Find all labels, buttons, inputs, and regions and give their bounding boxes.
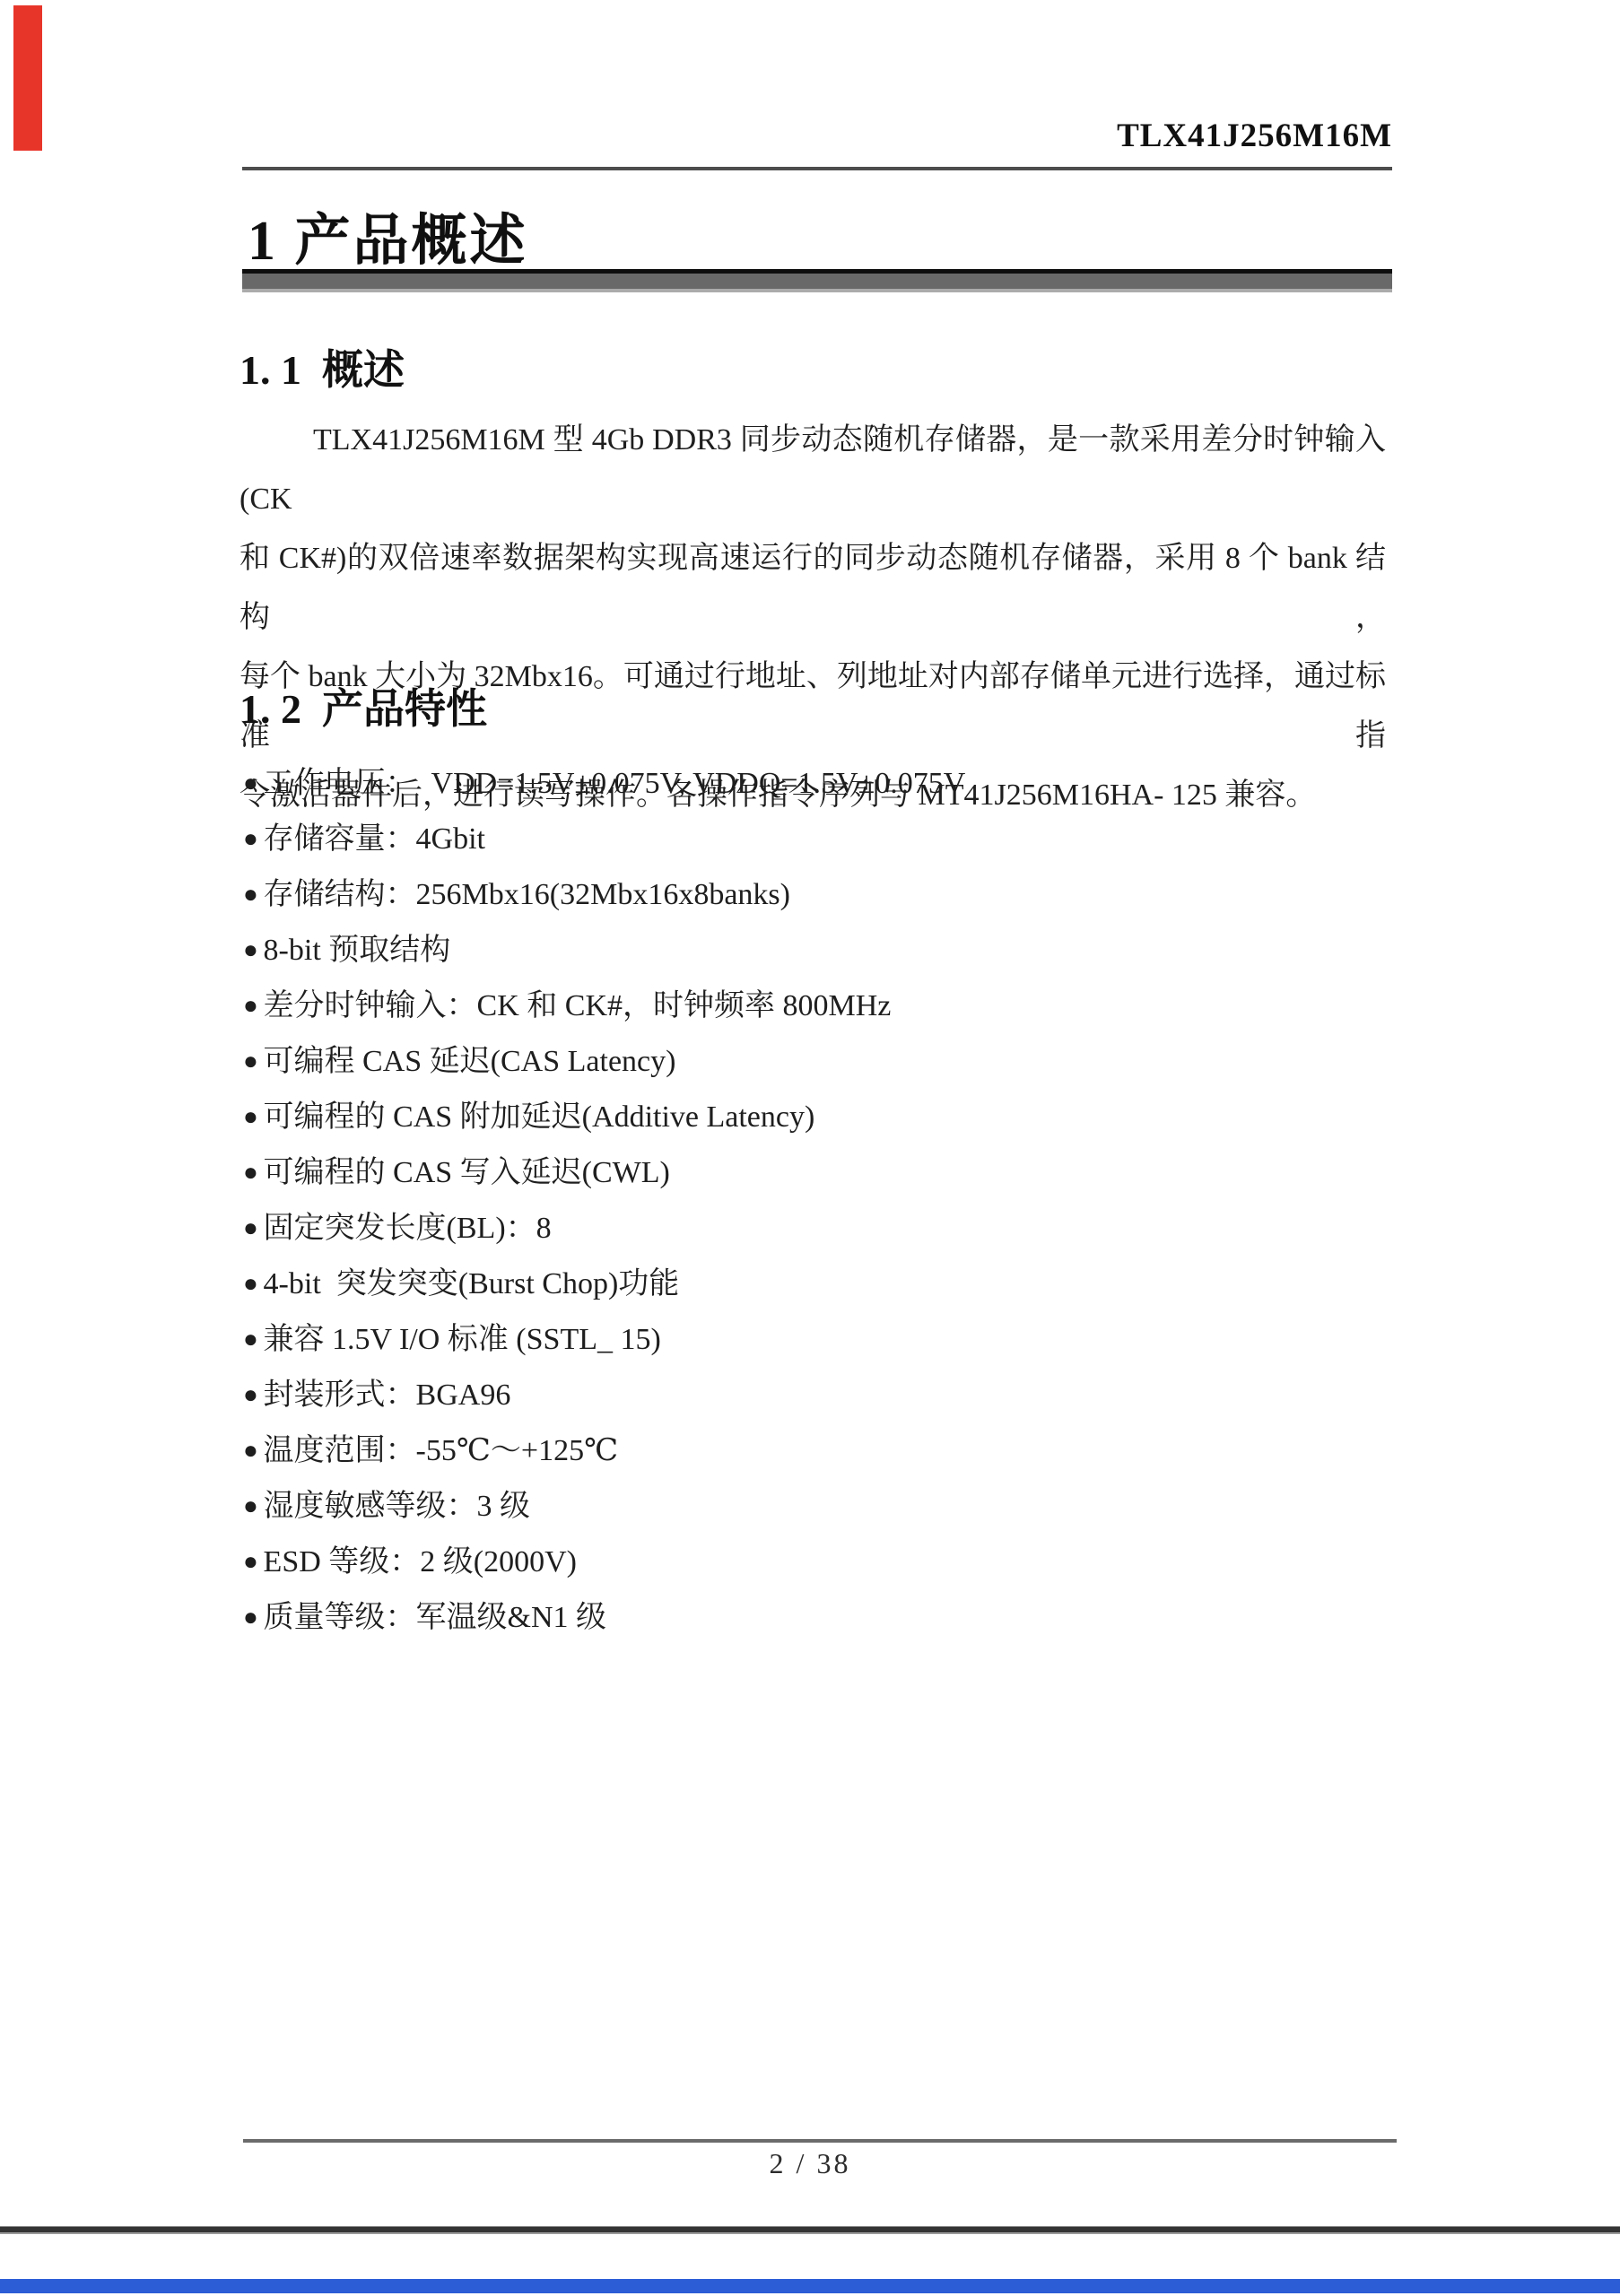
bullet-icon: ● [243,984,258,1030]
header-rule [242,167,1392,170]
feature-item: ●工作电压： VDD=1.5V±0.075V, VDDQ=1.5V±0.075V [243,756,1393,812]
bullet-icon: ● [243,1484,258,1530]
bottom-blue-bar [0,2279,1620,2293]
feature-item: ●固定突发长度(BL)：8 [243,1201,1393,1257]
feature-text: 存储容量：4Gbit [264,822,485,856]
feature-text: 8-bit 预取结构 [264,934,451,967]
feature-text: 工作电压： VDD=1.5V±0.075V, VDDQ=1.5V±0.075V [264,767,966,800]
bullet-icon: ● [243,1318,258,1363]
bullet-icon: ● [243,1206,258,1252]
section-heading-features: 1. 2 产品特性 [240,676,487,735]
page-edge-red-mark [13,5,42,151]
feature-text: 兼容 1.5V I/O 标准 (SSTL_ 15) [264,1323,661,1356]
feature-text: 4-bit 突发突变(Burst Chop)功能 [264,1267,680,1300]
bullet-icon: ● [243,817,258,863]
bullet-icon: ● [243,1429,258,1474]
feature-text: 固定突发长度(BL)：8 [264,1212,552,1245]
feature-text: 可编程的 CAS 写入延迟(CWL) [264,1156,670,1189]
footer-rule [243,2139,1397,2143]
feature-item: ●湿度敏感等级：3 级 [243,1479,1393,1535]
bullet-icon: ● [243,1373,258,1419]
bullet-icon: ● [243,1540,258,1586]
feature-item: ●ESD 等级：2 级(2000V) [243,1535,1393,1590]
page-title: 1 产品概述 [248,196,528,275]
feature-item: ●兼容 1.5V I/O 标准 (SSTL_ 15) [243,1312,1393,1368]
feature-item: ●质量等级：军温级&N1 级 [243,1590,1393,1646]
feature-text: ESD 等级：2 级(2000V) [264,1545,577,1578]
feature-item: ●可编程的 CAS 附加延迟(Additive Latency) [243,1090,1393,1145]
bullet-icon: ● [243,1596,258,1641]
feature-item: ●可编程 CAS 延迟(CAS Latency) [243,1034,1393,1090]
feature-item: ●存储结构：256Mbx16(32Mbx16x8banks) [243,867,1393,923]
bullet-icon: ● [243,761,258,807]
section-heading-overview: 1. 1 概述 [240,337,405,396]
feature-text: 温度范围：-55℃～+125℃ [264,1434,619,1467]
feature-item: ●差分时钟输入：CK 和 CK#，时钟频率 800MHz [243,978,1393,1034]
feature-item: ●封装形式：BGA96 [243,1368,1393,1423]
bullet-icon: ● [243,1095,258,1141]
page-number: 2 / 38 [0,2147,1620,2180]
document-page: TLX41J256M16M 1 产品概述 1. 1 概述 TLX41J256M1… [0,0,1620,2296]
feature-item: ●存储容量：4Gbit [243,812,1393,867]
bullet-icon: ● [243,928,258,974]
feature-text: 质量等级：军温级&N1 级 [264,1601,607,1634]
feature-text: 封装形式：BGA96 [264,1378,511,1412]
paragraph-line: 和 CK#)的双倍速率数据架构实现高速运行的同步动态随机存储器，采用 8 个 b… [240,529,1386,648]
bullet-icon: ● [243,1151,258,1196]
bullet-icon: ● [243,1039,258,1085]
feature-text: 可编程 CAS 延迟(CAS Latency) [264,1045,676,1078]
paragraph-line: TLX41J256M16M 型 4Gb DDR3 同步动态随机存储器，是一款采用… [240,411,1386,529]
feature-text: 差分时钟输入：CK 和 CK#，时钟频率 800MHz [264,989,892,1022]
title-underline-bar [242,269,1392,292]
feature-text: 湿度敏感等级：3 级 [264,1490,531,1523]
bullet-icon: ● [243,873,258,918]
feature-item: ●4-bit 突发突变(Burst Chop)功能 [243,1257,1393,1312]
feature-list: ●工作电压： VDD=1.5V±0.075V, VDDQ=1.5V±0.075V… [243,756,1393,1646]
feature-text: 可编程的 CAS 附加延迟(Additive Latency) [264,1100,815,1134]
bullet-icon: ● [243,1262,258,1308]
feature-item: ●可编程的 CAS 写入延迟(CWL) [243,1145,1393,1201]
feature-text: 存储结构：256Mbx16(32Mbx16x8banks) [264,878,790,911]
bottom-gray-bar [0,2226,1620,2234]
doc-model-header: TLX41J256M16M [242,117,1392,155]
feature-item: ●温度范围：-55℃～+125℃ [243,1423,1393,1479]
feature-item: ●8-bit 预取结构 [243,923,1393,978]
